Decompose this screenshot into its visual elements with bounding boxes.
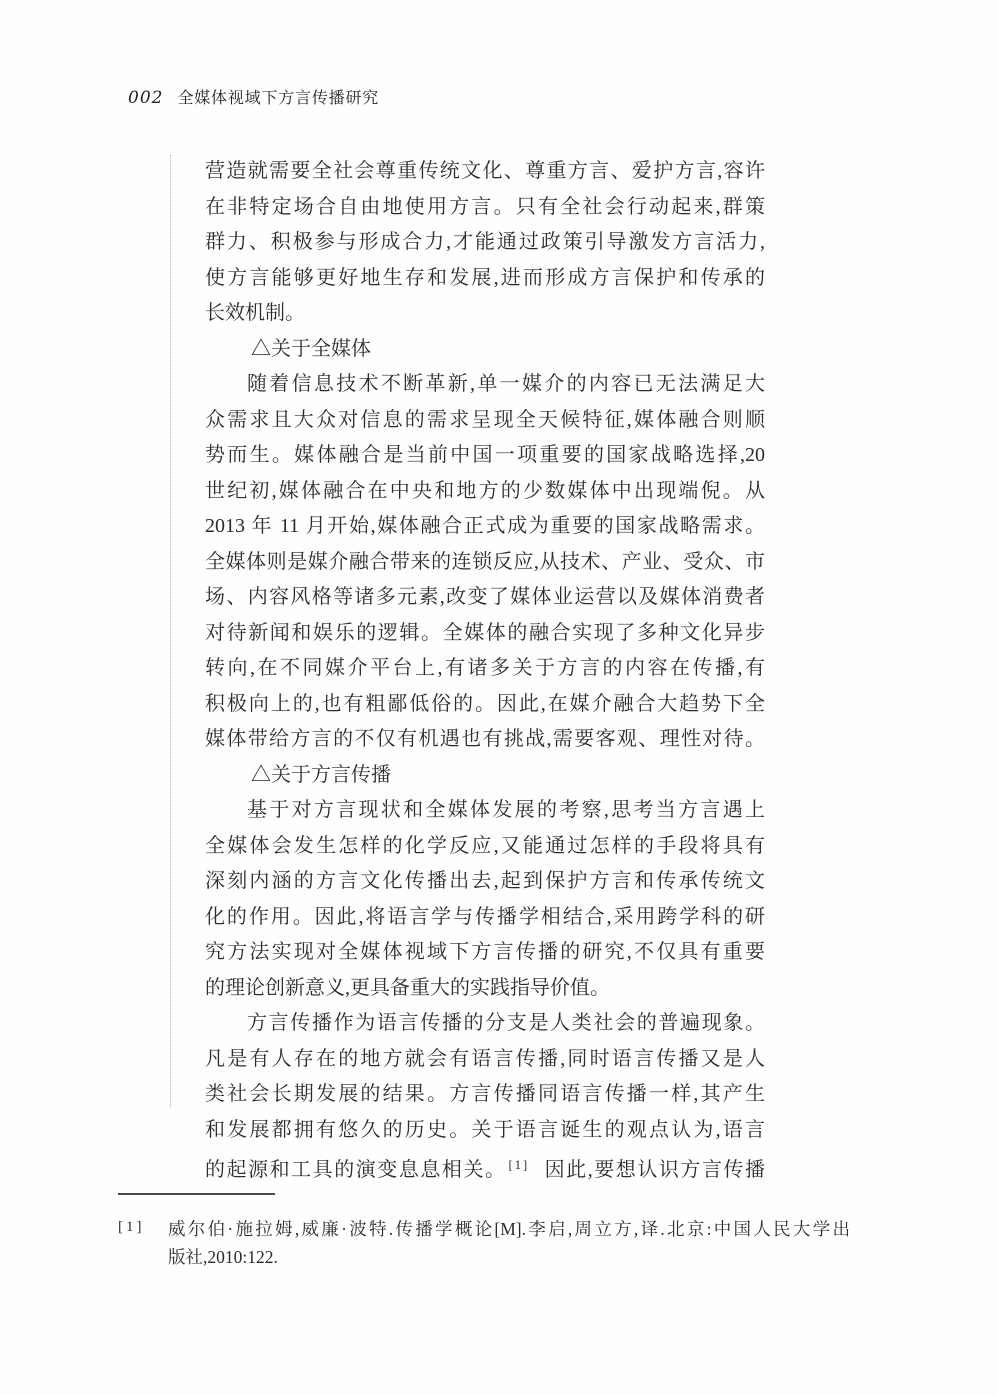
text-line: 势而生。媒体融合是当前中国一项重要的国家战略选择,20 — [205, 438, 765, 474]
text-line: 在非特定场合自由地使用方言。只有全社会行动起来,群策 — [205, 190, 765, 226]
margin-dotted-line — [170, 155, 171, 1107]
section-heading-fangyan-chuanbo: △关于方言传播 — [205, 758, 765, 794]
running-title: 全媒体视域下方言传播研究 — [177, 90, 379, 107]
text-line: 基于对方言现状和全媒体发展的考察,思考当方言遇上 — [205, 793, 765, 829]
text-line: 群力、积极参与形成合力,才能通过政策引导激发方言活力, — [205, 225, 765, 261]
text-line: 类社会长期发展的结果。方言传播同语言传播一样,其产生 — [205, 1077, 765, 1113]
text-line: 长效机制。 — [205, 296, 765, 332]
footnote-line: 威尔伯·施拉姆,威廉·波特.传播学概论[M].李启,周立方,译.北京:中国人民大… — [168, 1216, 850, 1244]
text-line: 化的作用。因此,将语言学与传播学相结合,采用跨学科的研 — [205, 900, 765, 936]
footnote-text: 威尔伯·施拉姆,威廉·波特.传播学概论[M].李启,周立方,译.北京:中国人民大… — [168, 1216, 850, 1271]
text-line: 积极向上的,也有粗鄙低俗的。因此,在媒介融合大趋势下全 — [205, 687, 765, 723]
section-heading-quanmeiti: △关于全媒体 — [205, 332, 765, 368]
text-line: 凡是有人存在的地方就会有语言传播,同时语言传播又是人 — [205, 1042, 765, 1078]
footnote-number: [1] — [118, 1216, 168, 1236]
text-line: 世纪初,媒体融合在中央和地方的少数媒体中出现端倪。从 — [205, 474, 765, 510]
text-line: 的理论创新意义,更具备重大的实践指导价值。 — [205, 971, 765, 1007]
book-page: 002全媒体视域下方言传播研究 营造就需要全社会尊重传统文化、尊重方言、爱护方言… — [0, 0, 998, 1395]
text-line: 深刻内涵的方言文化传播出去,起到保护方言和传承传统文 — [205, 864, 765, 900]
text-segment: 因此,要想认识方言传播 — [543, 1159, 765, 1181]
footnote: [1] 威尔伯·施拉姆,威廉·波特.传播学概论[M].李启,周立方,译.北京:中… — [118, 1216, 858, 1271]
footnote-ref-marker: [1] — [509, 1158, 530, 1172]
text-line-with-footnote-ref: 的起源和工具的演变息息相关。[1]因此,要想认识方言传播 — [205, 1148, 765, 1184]
footnote-separator-rule — [118, 1193, 275, 1195]
footnote-line: 版社,2010:122. — [168, 1244, 850, 1272]
text-line: 众需求且大众对信息的需求呈现全天候特征,媒体融合则顺 — [205, 403, 765, 439]
body-text-column: 营造就需要全社会尊重传统文化、尊重方言、爱护方言,容许 在非特定场合自由地使用方… — [205, 154, 765, 1184]
running-header: 002全媒体视域下方言传播研究 — [128, 89, 379, 108]
text-line: 和发展都拥有悠久的历史。关于语言诞生的观点认为,语言 — [205, 1113, 765, 1149]
text-line: 2013 年 11 月开始,媒体融合正式成为重要的国家战略需求。 — [205, 509, 765, 545]
text-line: 营造就需要全社会尊重传统文化、尊重方言、爱护方言,容许 — [205, 154, 765, 190]
text-line: 究方法实现对全媒体视域下方言传播的研究,不仅具有重要 — [205, 935, 765, 971]
page-number: 002 — [128, 88, 163, 108]
text-line: 媒体带给方言的不仅有机遇也有挑战,需要客观、理性对待。 — [205, 722, 765, 758]
text-line: 使方言能够更好地生存和发展,进而形成方言保护和传承的 — [205, 261, 765, 297]
text-line: 转向,在不同媒介平台上,有诸多关于方言的内容在传播,有 — [205, 651, 765, 687]
text-line: 场、内容风格等诸多元素,改变了媒体业运营以及媒体消费者 — [205, 580, 765, 616]
text-segment: 的起源和工具的演变息息相关。 — [205, 1159, 507, 1181]
text-line: 随着信息技术不断革新,单一媒介的内容已无法满足大 — [205, 367, 765, 403]
text-line: 全媒体会发生怎样的化学反应,又能通过怎样的手段将具有 — [205, 829, 765, 865]
text-line: 方言传播作为语言传播的分支是人类社会的普遍现象。 — [205, 1006, 765, 1042]
text-line: 全媒体则是媒介融合带来的连锁反应,从技术、产业、受众、市 — [205, 545, 765, 581]
text-line: 对待新闻和娱乐的逻辑。全媒体的融合实现了多种文化异步 — [205, 616, 765, 652]
